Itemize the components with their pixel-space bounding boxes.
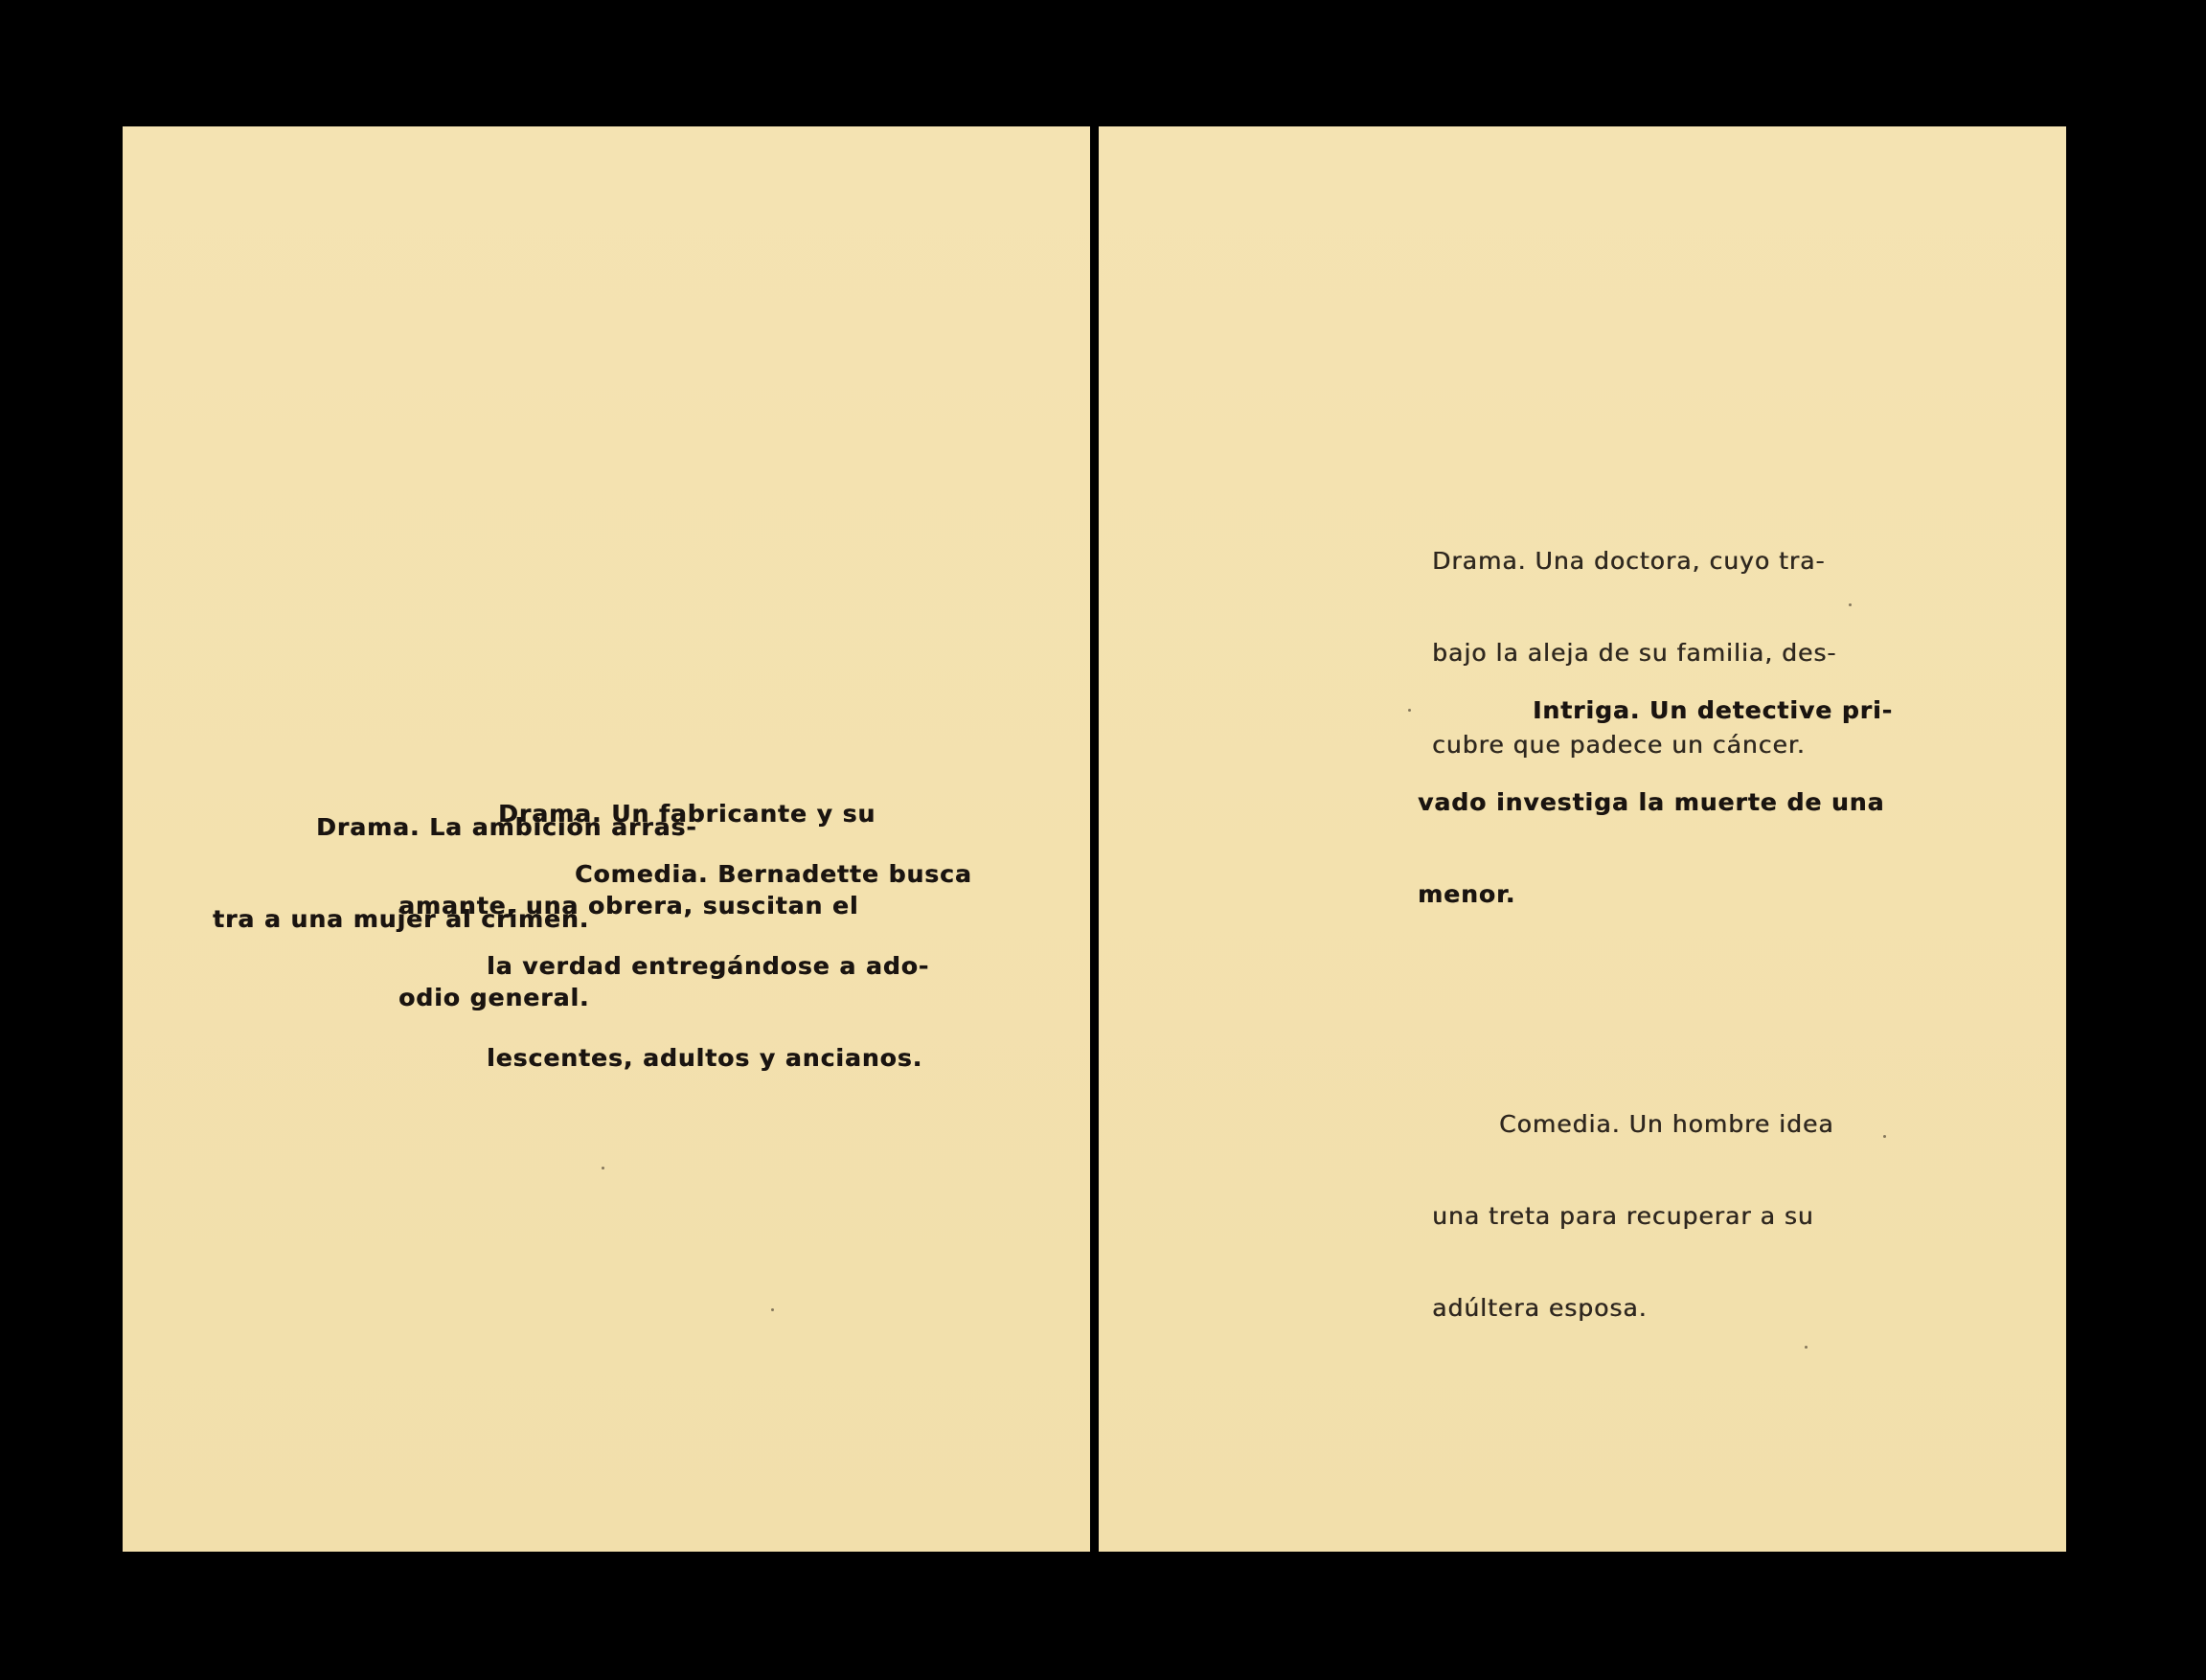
blurb-line: Drama. Una doctora, cuyo tra- xyxy=(1432,546,1954,577)
ink-speck xyxy=(1883,1135,1886,1138)
blurb-comedia-hombre: Comedia. Un hombre idea una treta para r… xyxy=(1432,1048,1954,1354)
ink-speck xyxy=(771,1308,774,1311)
blurb-comedia-bernadette: Comedia. Bernadette busca la verdad entr… xyxy=(487,798,1009,1104)
blurb-line: una treta para recuperar a su xyxy=(1432,1201,1954,1232)
ink-speck xyxy=(1805,1346,1808,1349)
ink-speck xyxy=(1408,709,1411,712)
blurb-line: lescentes, adultos y ancianos. xyxy=(487,1043,1009,1074)
blurb-line: Comedia. Bernadette busca xyxy=(487,859,1009,890)
blurb-line: menor. xyxy=(1418,879,1940,910)
blurb-line: Comedia. Un hombre idea xyxy=(1432,1109,1954,1140)
blurb-line: adúltera esposa. xyxy=(1432,1293,1954,1324)
page-divider xyxy=(1090,126,1099,1552)
ink-speck xyxy=(602,1167,604,1169)
blurb-line: la verdad entregándose a ado- xyxy=(487,951,1009,982)
blurb-line: Intriga. Un detective pri- xyxy=(1418,695,1940,726)
blurb-intriga-detective: Intriga. Un detective pri- vado investig… xyxy=(1418,634,1940,941)
blurb-line: vado investiga la muerte de una xyxy=(1418,787,1940,818)
ink-speck xyxy=(1849,603,1852,606)
